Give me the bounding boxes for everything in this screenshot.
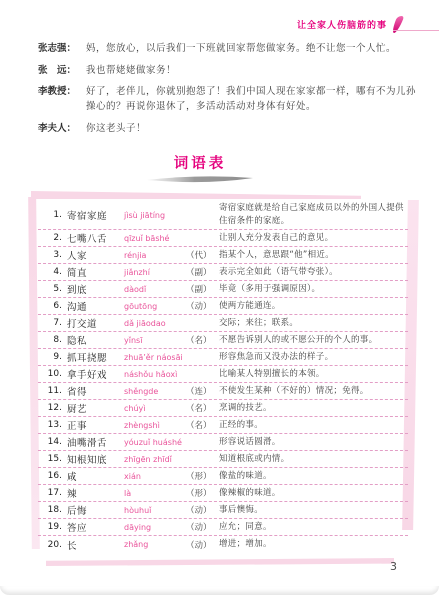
vocab-number: 6. [38, 301, 67, 311]
vocab-number: 9. [38, 352, 67, 362]
vocab-number: 15. [38, 454, 67, 464]
table-row: 2. 七嘴八舌 qīzuǐ bāshé 让别人充分发表自己的意见。 [38, 230, 408, 247]
vocab-word: 拿手好戏 [67, 367, 124, 381]
vocab-section-header: 词语表 [0, 152, 400, 185]
vocab-pinyin: hòuhuǐ [124, 506, 186, 515]
vocab-number: 7. [38, 318, 67, 328]
vocab-word: 人家 [67, 248, 124, 262]
vocab-number: 16. [38, 471, 67, 481]
dialogue-line: 李夫人： 你这老头子！ [38, 122, 424, 137]
vocab-definition: 事后懊悔。 [219, 504, 408, 517]
vocab-number: 2. [38, 233, 67, 243]
speaker-name: 李夫人： [38, 122, 86, 137]
page-number: 3 [390, 560, 397, 573]
vocab-pos: （代） [186, 249, 219, 261]
vocab-pinyin: chúyì [124, 404, 186, 413]
vocab-pinyin: zhǎng [124, 540, 186, 549]
vocab-word: 打交道 [67, 316, 124, 330]
table-row: 14. 油嘴滑舌 yóuzuǐ huáshé 形容说话圆滑。 [38, 434, 408, 451]
vocab-definition: 知道根底或内情。 [219, 453, 408, 466]
vocab-word: 正事 [67, 418, 124, 432]
vocab-word: 简直 [67, 265, 124, 279]
table-bottom-band [46, 558, 394, 566]
vocab-pinyin: yǐnsī [124, 336, 186, 345]
vocab-definition: 像盐的味道。 [219, 470, 408, 483]
vocab-definition: 像辣椒的味道。 [219, 487, 408, 500]
vocab-number: 12. [38, 403, 67, 413]
table-row: 8. 隐私 yǐnsī （名） 不愿告诉别人的或不愿公开的个人的事。 [38, 332, 408, 349]
speaker-text: 好了，老伴儿，你就别抱怨了！我们中国人现在家家都一样，哪有不为儿孙操心的？再说你… [86, 85, 424, 114]
vocab-definition: 形容焦急而又没办法的样子。 [219, 351, 408, 364]
vocab-pinyin: jìsù jiātíng [124, 211, 186, 220]
vocab-word: 知根知底 [67, 452, 124, 466]
vocab-definition: 正经的事。 [219, 419, 408, 432]
table-row: 17. 辣 là （形） 像辣椒的味道。 [38, 485, 408, 502]
vocab-number: 14. [38, 437, 67, 447]
vocab-word: 寄宿家庭 [67, 208, 124, 222]
table-row: 13. 正事 zhèngshì （名） 正经的事。 [38, 417, 408, 434]
vocab-pinyin: là [124, 489, 186, 498]
vocab-definition: 形容说话圆滑。 [219, 436, 408, 449]
table-row: 1. 寄宿家庭 jìsù jiātíng 寄宿家庭就是给自己家庭成员以外的外国人… [38, 201, 408, 230]
vocab-pinyin: zhīgēn zhīdǐ [124, 455, 186, 464]
vocab-definition: 指某个人，意思跟“他”相近。 [219, 249, 408, 262]
vocab-word: 长 [67, 538, 124, 552]
speaker-name: 李教授： [38, 85, 86, 114]
vocab-table: 1. 寄宿家庭 jìsù jiātíng 寄宿家庭就是给自己家庭成员以外的外国人… [38, 192, 408, 560]
vocab-pos: （动） [186, 300, 219, 312]
vocab-pinyin: zhèngshì [124, 421, 186, 430]
vocab-pinyin: dǎ jiāodao [124, 319, 186, 328]
vocab-pos: （动） [186, 521, 219, 533]
vocab-word: 七嘴八舌 [67, 231, 124, 245]
vocab-pos: （形） [186, 470, 219, 482]
dialogue-line: 李教授： 好了，老伴儿，你就别抱怨了！我们中国人现在家家都一样，哪有不为儿孙操心… [38, 85, 424, 114]
vocab-number: 17. [38, 488, 67, 498]
vocab-pos: （名） [186, 334, 219, 346]
vocab-pos: （副） [186, 283, 219, 295]
table-row: 12. 厨艺 chúyì （名） 烹调的技艺。 [38, 400, 408, 417]
vocab-definition: 应允；同意。 [219, 521, 408, 534]
vocab-pos: （名） [186, 419, 219, 431]
vocab-definition: 寄宿家庭就是给自己家庭成员以外的外国人提供住宿条件的家庭。 [219, 202, 408, 228]
vocab-word: 到底 [67, 282, 124, 296]
vocab-word: 厨艺 [67, 401, 124, 415]
vocab-definition: 毕竟（多用于强调原因）。 [219, 283, 408, 296]
vocab-definition: 烹调的技艺。 [219, 402, 408, 415]
table-row: 11. 省得 shěngde （连） 不使发生某种（不好的）情况；免得。 [38, 383, 408, 400]
speaker-text: 我也帮姥姥做家务！ [86, 64, 424, 79]
table-row: 7. 打交道 dǎ jiāodao 交际；来往；联系。 [38, 315, 408, 332]
vocab-pinyin: qīzuǐ bāshé [124, 234, 186, 243]
chapter-banner: 让全家人伤脑筋的事 [0, 16, 439, 36]
chapter-title: 让全家人伤脑筋的事 [297, 18, 387, 31]
vocab-number: 1. [38, 210, 67, 220]
vocab-word: 省得 [67, 384, 124, 398]
vocab-pos: （形） [186, 487, 219, 499]
vocab-definition: 增进；增加。 [219, 538, 408, 551]
table-row: 19. 答应 dāying （动） 应允；同意。 [38, 519, 408, 536]
vocab-word: 沟通 [67, 299, 124, 313]
vocab-definition: 使两方能通连。 [219, 300, 408, 313]
speaker-name: 张志强： [38, 42, 86, 57]
vocab-word: 隐私 [67, 333, 124, 347]
speaker-text: 妈，您放心，以后我们一下班就回家帮您做家务。绝不让您一个人忙。 [86, 42, 424, 57]
table-row: 5. 到底 dàodǐ （副） 毕竟（多用于强调原因）。 [38, 281, 408, 298]
vocab-word: 后悔 [67, 503, 124, 517]
banner-rule [393, 30, 439, 31]
table-row: 3. 人家 rénjia （代） 指某个人，意思跟“他”相近。 [38, 247, 408, 264]
vocab-word: 辣 [67, 486, 124, 500]
table-row: 6. 沟通 gōutōng （动） 使两方能通连。 [38, 298, 408, 315]
section-title: 词语表 [174, 152, 227, 173]
vocab-number: 5. [38, 284, 67, 294]
vocab-definition: 让别人充分发表自己的意见。 [219, 232, 408, 245]
table-row: 15. 知根知底 zhīgēn zhīdǐ 知道根底或内情。 [38, 451, 408, 468]
vocab-number: 13. [38, 420, 67, 430]
vocab-pos: （动） [186, 539, 219, 551]
vocab-definition: 不愿告诉别人的或不愿公开的个人的事。 [219, 334, 408, 347]
vocab-pinyin: zhuā’ěr náosāi [124, 353, 186, 362]
dialogue-line: 张志强： 妈，您放心，以后我们一下班就回家帮您做家务。绝不让您一个人忙。 [38, 42, 424, 57]
vocab-pos: （动） [186, 504, 219, 516]
vocab-pos: （副） [186, 266, 219, 278]
vocab-pinyin: dàodǐ [124, 285, 186, 294]
vocab-pinyin: jiǎnzhí [124, 268, 186, 277]
table-row: 10. 拿手好戏 náshǒu hǎoxì 比喻某人特别擅长的本领。 [38, 366, 408, 383]
vocab-number: 3. [38, 250, 67, 260]
vocab-definition: 表示完全如此（语气带夸张）。 [219, 266, 408, 279]
table-row: 9. 抓耳挠腮 zhuā’ěr náosāi 形容焦急而又没办法的样子。 [38, 349, 408, 366]
vocab-number: 19. [38, 522, 67, 532]
vocab-number: 20. [38, 540, 67, 550]
vocab-number: 18. [38, 505, 67, 515]
vocab-pinyin: shěngde [124, 387, 186, 396]
vocab-pos: （连） [186, 385, 219, 397]
dialogue-line: 张 远： 我也帮姥姥做家务！ [38, 64, 424, 79]
swoosh-underline-icon [145, 175, 255, 185]
vocab-word: 油嘴滑舌 [67, 435, 124, 449]
vocab-definition: 不使发生某种（不好的）情况；免得。 [219, 385, 408, 398]
vocab-rows: 1. 寄宿家庭 jìsù jiātíng 寄宿家庭就是给自己家庭成员以外的外国人… [38, 192, 408, 553]
vocab-number: 8. [38, 335, 67, 345]
vocab-pinyin: gōutōng [124, 302, 186, 311]
vocab-pos: （名） [186, 402, 219, 414]
table-row: 4. 简直 jiǎnzhí （副） 表示完全如此（语气带夸张）。 [38, 264, 408, 281]
vocab-pinyin: náshǒu hǎoxì [124, 370, 186, 379]
table-row: 18. 后悔 hòuhuǐ （动） 事后懊悔。 [38, 502, 408, 519]
speaker-text: 你这老头子！ [86, 122, 424, 137]
vocab-definition: 交际；来往；联系。 [219, 317, 408, 330]
table-row: 16. 咸 xián （形） 像盐的味道。 [38, 468, 408, 485]
dialogue-block: 张志强： 妈，您放心，以后我们一下班就回家帮您做家务。绝不让您一个人忙。 张 远… [38, 42, 424, 144]
vocab-definition: 比喻某人特别擅长的本领。 [219, 368, 408, 381]
vocab-pinyin: rénjia [124, 251, 186, 260]
vocab-pinyin: dāying [124, 523, 186, 532]
speaker-name: 张 远： [38, 64, 86, 79]
vocab-pinyin: xián [124, 472, 186, 481]
vocab-pinyin: yóuzuǐ huáshé [124, 438, 186, 447]
vocab-number: 4. [38, 267, 67, 277]
vocab-number: 11. [38, 386, 67, 396]
vocab-word: 咸 [67, 469, 124, 483]
page-edge-shadow [0, 586, 439, 595]
vocab-number: 10. [38, 369, 67, 379]
vocab-word: 答应 [67, 520, 124, 534]
vocab-word: 抓耳挠腮 [67, 350, 124, 364]
table-row: 20. 长 zhǎng （动） 增进；增加。 [38, 536, 408, 553]
